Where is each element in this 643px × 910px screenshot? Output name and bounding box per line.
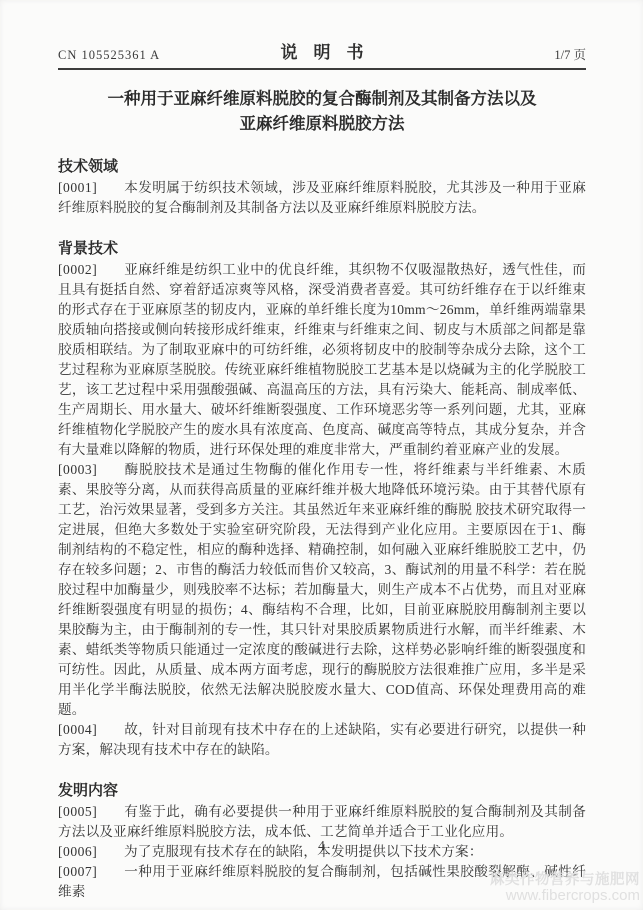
- invention-title: 一种用于亚麻纤维原料脱胶的复合酶制剂及其制备方法以及 亚麻纤维原料脱胶方法: [58, 86, 586, 136]
- patent-number: CN 105525361 A: [58, 48, 228, 63]
- paragraph-0002: [0002]亚麻纤维是纺织工业中的优良纤维，其织物不仅吸湿散热好，透气性佳，而且…: [58, 260, 586, 460]
- watermark: 麻类作物营养与施肥网 www.fibercrops.com: [490, 872, 640, 904]
- section-heading: 技术领域: [58, 157, 586, 177]
- watermark-site-url: www.fibercrops.com: [490, 888, 640, 904]
- document-type-title: 说明书: [265, 38, 380, 63]
- page-indicator: 1/7 页: [416, 45, 586, 63]
- paragraph-0005: [0005]有鉴于此，确有必要提供一种用于亚麻纤维原料脱胶的复合酶制剂及其制备方…: [58, 802, 586, 842]
- paragraph-label: [0007]: [58, 862, 102, 882]
- page-content: CN 105525361 A 说明书 1/7 页 一种用于亚麻纤维原料脱胶的复合…: [58, 0, 586, 902]
- paragraph-text: 酶脱胶技术是通过生物酶的催化作用专一性，将纤维素与半纤维素、木质素、果胶等分离，…: [58, 462, 586, 717]
- paragraph-label: [0005]: [58, 802, 102, 822]
- section-heading: 发明内容: [58, 781, 586, 801]
- section-heading: 背景技术: [58, 239, 586, 259]
- paragraph-0001: [0001]本发明属于纺织技术领域，涉及亚麻纤维原料脱胶，尤其涉及一种用于亚麻纤…: [58, 178, 586, 218]
- page-header: CN 105525361 A 说明书 1/7 页: [58, 0, 586, 70]
- patent-document-page: CN 105525361 A 说明书 1/7 页 一种用于亚麻纤维原料脱胶的复合…: [0, 0, 643, 910]
- paragraph-text: 故，针对目前现有技术中存在的上述缺陷，实有必要进行研究，以提供一种方案，解决现有…: [58, 722, 586, 757]
- paragraph-label: [0004]: [58, 720, 102, 740]
- paragraph-text: 有鉴于此，确有必要提供一种用于亚麻纤维原料脱胶的复合酶制剂及其制备方法以及亚麻纤…: [58, 804, 586, 839]
- section-background-art: 背景技术 [0002]亚麻纤维是纺织工业中的优良纤维，其织物不仅吸湿散热好，透气…: [58, 239, 586, 760]
- invention-title-line2: 亚麻纤维原料脱胶方法: [58, 111, 586, 136]
- paragraph-0003: [0003]酶脱胶技术是通过生物酶的催化作用专一性，将纤维素与半纤维素、木质素、…: [58, 460, 586, 720]
- section-technical-field: 技术领域 [0001]本发明属于纺织技术领域，涉及亚麻纤维原料脱胶，尤其涉及一种…: [58, 157, 586, 218]
- paragraph-text: 本发明属于纺织技术领域，涉及亚麻纤维原料脱胶，尤其涉及一种用于亚麻纤维原料脱胶的…: [58, 180, 586, 215]
- paragraph-0004: [0004]故，针对目前现有技术中存在的上述缺陷，实有必要进行研究，以提供一种方…: [58, 720, 586, 760]
- paragraph-text: 亚麻纤维是纺织工业中的优良纤维，其织物不仅吸湿散热好，透气性佳，而且具有挺括自然…: [58, 262, 586, 457]
- paragraph-label: [0002]: [58, 260, 102, 280]
- paragraph-label: [0003]: [58, 460, 102, 480]
- footer-page-number: 4: [0, 838, 643, 854]
- watermark-site-name: 麻类作物营养与施肥网: [490, 872, 640, 888]
- invention-title-line1: 一种用于亚麻纤维原料脱胶的复合酶制剂及其制备方法以及: [58, 86, 586, 111]
- paragraph-label: [0001]: [58, 178, 102, 198]
